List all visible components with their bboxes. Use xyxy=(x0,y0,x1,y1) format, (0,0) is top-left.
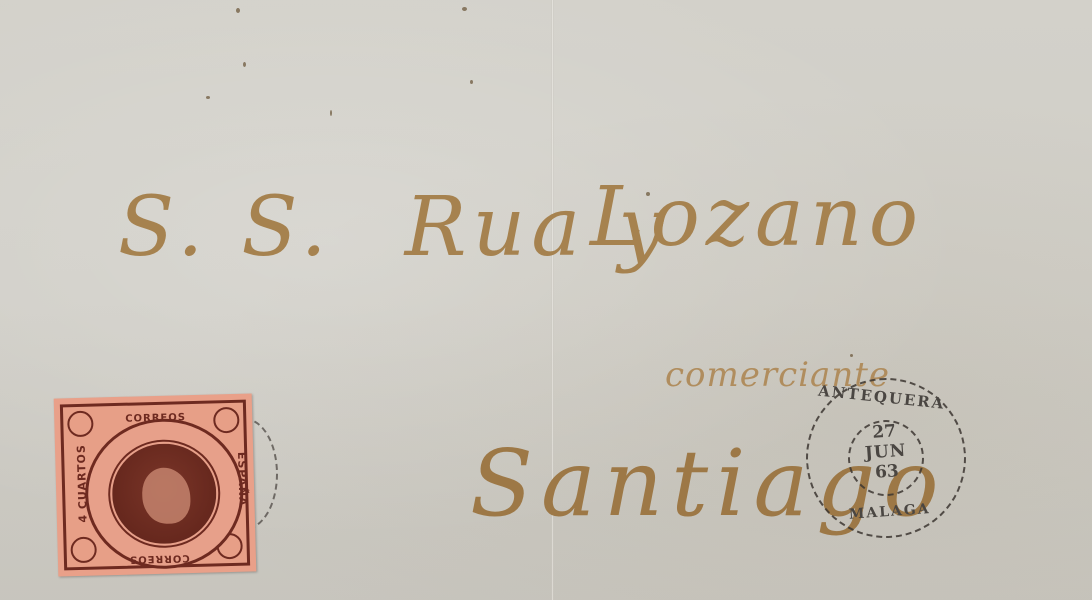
paper-speck xyxy=(330,110,332,116)
paper-speck xyxy=(206,96,210,99)
address-salutation: S. S. Rua y xyxy=(118,180,671,275)
queen-portrait-icon xyxy=(142,467,191,524)
postage-stamp: CORREOS CORREOS 4 CUARTOS ESPAÑA xyxy=(54,393,257,576)
paper-speck xyxy=(243,62,246,67)
stamp-corner-ornament xyxy=(70,537,97,564)
stamp-bottom-text: CORREOS xyxy=(129,552,190,565)
paper-speck xyxy=(236,8,240,13)
salutation-text: S. S. xyxy=(118,180,333,275)
stamp-value-text: 4 CUARTOS xyxy=(75,444,90,523)
stamp-frame: CORREOS CORREOS 4 CUARTOS ESPAÑA xyxy=(60,400,250,571)
stamp-corner-ornament xyxy=(213,407,240,434)
stamp-portrait xyxy=(109,440,220,547)
stamp-country-text: ESPAÑA xyxy=(235,452,249,507)
paper-speck xyxy=(462,7,467,11)
postal-cover: S. S. Rua y Lozano comerciante Santiago … xyxy=(0,0,1092,600)
address-surname: Lozano xyxy=(590,170,924,265)
stamp-top-text: CORREOS xyxy=(125,412,186,425)
stamp-corner-ornament xyxy=(67,411,94,438)
paper-speck xyxy=(470,80,473,84)
